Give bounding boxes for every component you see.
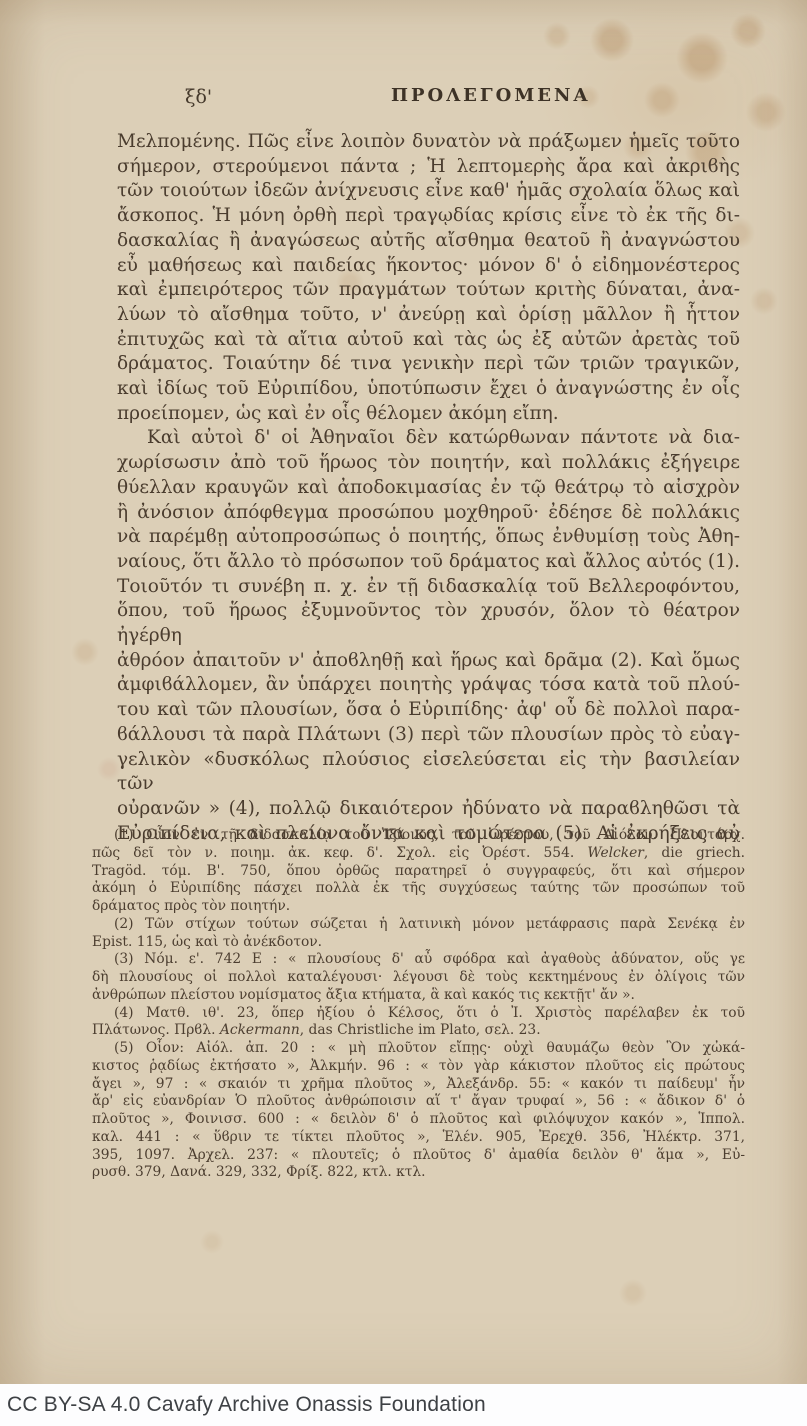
text-line: ἀθρόον ἀπαιτοῦν ν' ἀποϐληθῇ καὶ ἥρως καὶ… <box>117 649 740 674</box>
text-line: ὅπου, τοῦ ἥρωος ἐξυμνοῦντος τὸν χρυσόν, … <box>117 599 740 648</box>
text-line: καλ. 441 : « ὕϐριν τε τίκτει πλοῦτος », … <box>92 1129 745 1147</box>
page-title: ΠΡΟΛΕΓΟΜΕΝΑ <box>391 85 590 106</box>
text-line: δράματος πρὸς τὸν ποιητήν. <box>92 898 745 916</box>
text-line: ναίους, ὅτι ἄλλο τὸ πρόσωπον τοῦ δράματο… <box>117 550 740 575</box>
text-line: γελικὸν «δυσκόλως πλούσιος εἰσελεύσεται … <box>117 748 740 797</box>
text-line: ἢ ἀνόσιον ἀπόφθεγμα προσώπου μοχθηροῦ· ἐ… <box>117 501 740 526</box>
text-line: καὶ ἰδίως τοῦ Εὐριπίδου, ὑποτύπωσιν ἔχει… <box>117 377 740 402</box>
text-line: Epist. 115, ὡς καὶ τὸ ἀνέκδοτον. <box>92 934 745 952</box>
text-line: Μελπομένης. Πῶς εἶνε λοιπὸν δυνατὸν νὰ π… <box>117 130 740 155</box>
text-line: (4) Ματθ. ιθ'. 23, ὅπερ ἠξίου ὁ Κέλσος, … <box>92 1005 745 1023</box>
text-line: ἄρ' εἰς εὐανδρίαν Ὁ πλοῦτος ἀνθρώποισιν … <box>92 1093 745 1111</box>
text-line: ρυσθ. 379, Δανά. 329, 332, Φρίξ. 822, κτ… <box>92 1164 745 1182</box>
text-line: ἀμφιϐάλλομεν, ἂν ὑπάρχει ποιητὴς γράψας … <box>117 673 740 698</box>
text-line: ἀκόμη ὁ Εὐριπίδης πάσχει πολλὰ ἐκ τῆς συ… <box>92 880 745 898</box>
text-line: τῶν τοιούτων ἰδεῶν ἀνίχνευσις εἶνε καθ' … <box>117 179 740 204</box>
scanned-book-page-view: ξδ' ΠΡΟΛΕΓΟΜΕΝΑ Μελπομένης. Πῶς εἶνε λοι… <box>0 0 807 1426</box>
text-line: ϐάλλουσι τὰ παρὰ Πλάτωνι (3) περὶ τῶν πλ… <box>117 723 740 748</box>
text-line: δασκαλίας ἢ ἀναγώσεως αὐτῆς αἴσθημα θεατ… <box>117 229 740 254</box>
text-line: οὐρανῶν » (4), πολλῷ δικαιότερον ἠδύνατο… <box>117 797 740 822</box>
text-line: νὰ παρέμϐῃ αὐτοπροσώπως ὁ ποιητής, ὅπως … <box>117 525 740 550</box>
text-line: ἄσκοπος. Ἡ μόνη ὀρθὴ περὶ τραγῳδίας κρίσ… <box>117 204 740 229</box>
license-bar: CC BY-SA 4.0 Cavafy Archive Onassis Foun… <box>0 1384 807 1426</box>
text-line: Καὶ αὐτοὶ δ' οἱ Ἀθηναῖοι δὲν κατώρθωναν … <box>117 426 740 451</box>
text-line: Πλάτωνος. Πρϐλ. Ackermann, das Christlic… <box>92 1022 745 1040</box>
text-line: πῶς δεῖ τὸν ν. ποιημ. ἀκ. κεφ. δ'. Σχολ.… <box>92 845 745 863</box>
text-line: (3) Νόμ. ε'. 742 E : « πλουσίους δ' αὖ σ… <box>92 951 745 969</box>
text-line: 395, 1097. Ἀρχελ. 237: « πλουτεῖς; ὁ πλο… <box>92 1147 745 1165</box>
text-line: (1) Οἷον ἐν τῇ διδασκαλίᾳ τοῦ Ἰξίονος, τ… <box>92 827 745 845</box>
text-line: (5) Οἷον: Αἰόλ. ἀπ. 20 : « μὴ πλοῦτον εἴ… <box>92 1040 745 1058</box>
page-number: ξδ' <box>185 86 212 108</box>
text-line: πλοῦτος », Φοινισσ. 600 : « δειλὸν δ' ὁ … <box>92 1111 745 1129</box>
footnotes: (1) Οἷον ἐν τῇ διδασκαλίᾳ τοῦ Ἰξίονος, τ… <box>92 827 745 1182</box>
text-line: δράματος. Τοιαύτην δέ τινα γενικὴν περὶ … <box>117 352 740 377</box>
text-line: χωρίσωσιν ἀπὸ τοῦ ἥρωος τὸν ποιητήν, καὶ… <box>117 451 740 476</box>
text-line: σήμερον, στερούμενοι πάντα ; Ἡ λεπτομερὴ… <box>117 155 740 180</box>
page-scan: ξδ' ΠΡΟΛΕΓΟΜΕΝΑ Μελπομένης. Πῶς εἶνε λοι… <box>0 0 807 1384</box>
text-line: του καὶ τῶν πλουσίων, ὅσα ὁ Εὐριπίδης· ἀ… <box>117 698 740 723</box>
text-line: ἄγει », 97 : « σκαιόν τι χρῆμα πλοῦτος »… <box>92 1076 745 1094</box>
text-line: ἀνθρώπων πλείστου νομίσματος ἄξια κτήματ… <box>92 987 745 1005</box>
body-text: Μελπομένης. Πῶς εἶνε λοιπὸν δυνατὸν νὰ π… <box>117 130 740 846</box>
text-line: δὴ πλουσίους οἱ πολλοὶ καταλέγουσι· λέγο… <box>92 969 745 987</box>
text-line: κιστος ῥᾳδίως ἐκτήσατο », Ἀλκμήν. 96 : «… <box>92 1058 745 1076</box>
license-text: CC BY-SA 4.0 Cavafy Archive Onassis Foun… <box>0 1393 486 1417</box>
text-line: καὶ ἐμπειρότερος τῶν πραγμάτων τούτων κρ… <box>117 278 740 303</box>
text-line: Τοιοῦτόν τι συνέβη π. χ. ἐν τῇ διδασκαλί… <box>117 575 740 600</box>
text-line: προείπομεν, ὡς καὶ ἐν οἷς θέλομεν ἀκόμη … <box>117 402 740 427</box>
text-line: εὖ μαθήσεως καὶ παιδείας ἥκοντος· μόνον … <box>117 254 740 279</box>
text-line: ἐπιτυχῶς καὶ τὰ αἴτια αὐτοῦ καὶ τὰς ὡς ἐ… <box>117 328 740 353</box>
text-line: λύων τὸ αἴσθημα τοῦτο, ν' ἀνεύρῃ καὶ ὁρί… <box>117 303 740 328</box>
text-line: θύελλαν κραυγῶν καὶ ἀποδοκιμασίας ἐν τῷ … <box>117 476 740 501</box>
text-line: (2) Τῶν στίχων τούτων σώζεται ἡ λατινικὴ… <box>92 916 745 934</box>
text-line: Tragöd. τόμ. Β'. 750, ὅπου ὀρθῶς παρατηρ… <box>92 863 745 881</box>
